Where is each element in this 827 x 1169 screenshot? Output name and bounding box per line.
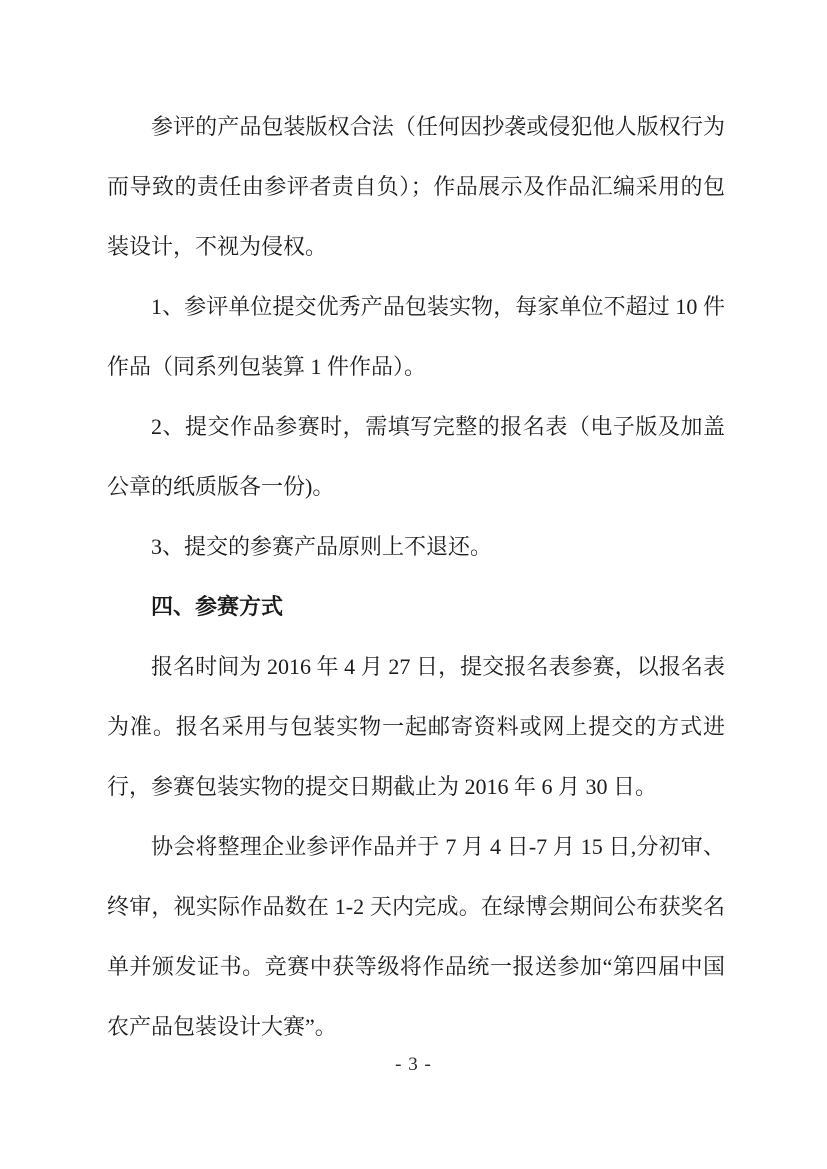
text-line: 为准。报名采用与包装实物一起邮寄资料或网上提交的方式进 xyxy=(107,697,725,757)
text-line: 报名时间为 2016 年 4 月 27 日，提交报名表参赛，以报名表 xyxy=(107,637,725,697)
document-body: 参评的产品包装版权合法（任何因抄袭或侵犯他人版权行为 而导致的责任由参评者责自负… xyxy=(107,97,725,1057)
text-line: 公章的纸质版各一份)。 xyxy=(107,457,725,517)
text-line: 单并颁发证书。竞赛中获等级将作品统一报送参加“第四届中国 xyxy=(107,937,725,997)
text-line: 1、参评单位提交优秀产品包装实物，每家单位不超过 10 件 xyxy=(107,277,725,337)
text-line: 协会将整理企业参评作品并于 7 月 4 日-7 月 15 日,分初审、 xyxy=(107,817,725,877)
page-number: - 3 - xyxy=(0,1050,827,1080)
text-line: 装设计，不视为侵权。 xyxy=(107,217,725,277)
text-line: 2、提交作品参赛时，需填写完整的报名表（电子版及加盖 xyxy=(107,397,725,457)
document-page: 参评的产品包装版权合法（任何因抄袭或侵犯他人版权行为 而导致的责任由参评者责自负… xyxy=(0,0,827,1169)
text-line: 作品（同系列包装算 1 件作品）。 xyxy=(107,337,725,397)
text-line: 而导致的责任由参评者责自负）；作品展示及作品汇编采用的包 xyxy=(107,157,725,217)
text-line: 农产品包装设计大赛”。 xyxy=(107,997,725,1057)
text-line: 终审，视实际作品数在 1-2 天内完成。在绿博会期间公布获奖名 xyxy=(107,877,725,937)
section-heading: 四、参赛方式 xyxy=(107,577,725,637)
text-line: 行，参赛包装实物的提交日期截止为 2016 年 6 月 30 日。 xyxy=(107,757,725,817)
text-line: 参评的产品包装版权合法（任何因抄袭或侵犯他人版权行为 xyxy=(107,97,725,157)
text-line: 3、提交的参赛产品原则上不退还。 xyxy=(107,517,725,577)
